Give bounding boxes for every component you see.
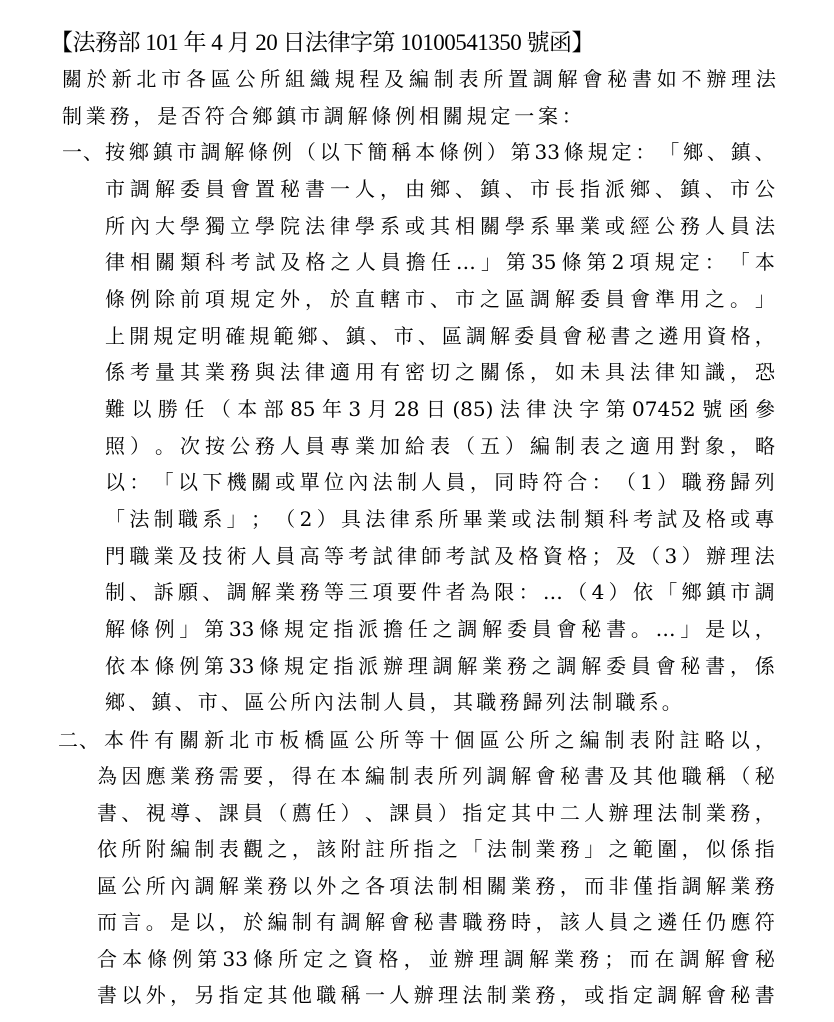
section-1-line: 鄉、鎮、市、區公所內法制人員，其職務歸列法制職系。	[105, 688, 685, 716]
section-1-line: 所內大學獨立學院法律學系或其相關學系畢業或經公務人員法	[105, 212, 775, 240]
section-2-line: 書以外，另指定其他職稱一人辦理法制業務，或指定調解會秘書	[97, 981, 775, 1009]
section-2-line: 合本條例第33條所定之資格，並辦理調解業務；而在調解會秘	[97, 945, 775, 973]
subject-line: 關於新北市各區公所組織規程及編制表所置調解會秘書如不辦理法	[62, 65, 776, 93]
document-header: 【法務部 101 年 4 月 20 日法律字第 10100541350 號函】	[50, 29, 594, 57]
section-1-line: 以：「以下機關或單位內法制人員，同時符合：（1）職務歸列	[105, 468, 775, 496]
section-2-line: 書、視導、課員（薦任）、課員）指定其中二人辦理法制業務，	[97, 799, 775, 827]
subject-line: 制業務，是否符合鄉鎮市調解條例相關規定一案：	[62, 102, 586, 130]
section-1-line: 條例除前項規定外，於直轄市、市之區調解委員會準用之。」	[105, 285, 775, 313]
section-1-line: 制、訴願、調解業務等三項要件者為限：…（4）依「鄉鎮市調	[105, 578, 775, 606]
section-2-line: 而言。是以，於編制有調解會秘書職務時，該人員之遴任仍應符	[97, 908, 775, 936]
section-marker: 二、	[58, 726, 100, 754]
section-1-line: 解條例」第33條規定指派擔任之調解委員會秘書。…」是以，	[105, 615, 775, 643]
section-1-line: 市調解委員會置秘書一人，由鄉、鎮、市長指派鄉、鎮、市公	[105, 175, 775, 203]
section-2-line: 依所附編制表觀之，該附註所指之「法制業務」之範圍，似係指	[97, 835, 775, 863]
section-1-line: 律相關類科考試及格之人員擔任…」第35條第2項規定：「本	[105, 248, 775, 276]
section-1-line: 按鄉鎮市調解條例（以下簡稱本條例）第33條規定：「鄉、鎮、	[105, 138, 775, 166]
section-1-line: 上開規定明確規範鄉、鎮、市、區調解委員會秘書之遴用資格，	[105, 322, 775, 350]
section-2-line: 為因應業務需要，得在本編制表所列調解會秘書及其他職稱（秘	[97, 762, 775, 790]
section-1-line: 難以勝任（本部85年3月28日(85)法律決字第07452號函參	[105, 395, 775, 423]
section-1-line: 依本條例第33條規定指派辦理調解業務之調解委員會秘書，係	[105, 652, 775, 680]
section-2-line: 本件有關新北市板橋區公所等十個區公所之編制表附註略以，	[104, 726, 775, 754]
section-1-line: 係考量其業務與法律適用有密切之關係，如未具法律知識，恐	[105, 358, 775, 386]
section-marker: 一、	[62, 138, 104, 166]
section-1-line: 照）。次按公務人員專業加給表（五）編制表之適用對象，略	[105, 432, 775, 460]
document-page: 【法務部 101 年 4 月 20 日法律字第 10100541350 號函】 …	[0, 0, 834, 1022]
section-1-line: 「法制職系」；（2）具法律系所畢業或法制類科考試及格或專	[105, 505, 775, 533]
section-1-line: 門職業及技術人員高等考試律師考試及格資格；及（3）辦理法	[105, 542, 775, 570]
section-2-line: 區公所內調解業務以外之各項法制相關業務，而非僅指調解業務	[97, 872, 775, 900]
